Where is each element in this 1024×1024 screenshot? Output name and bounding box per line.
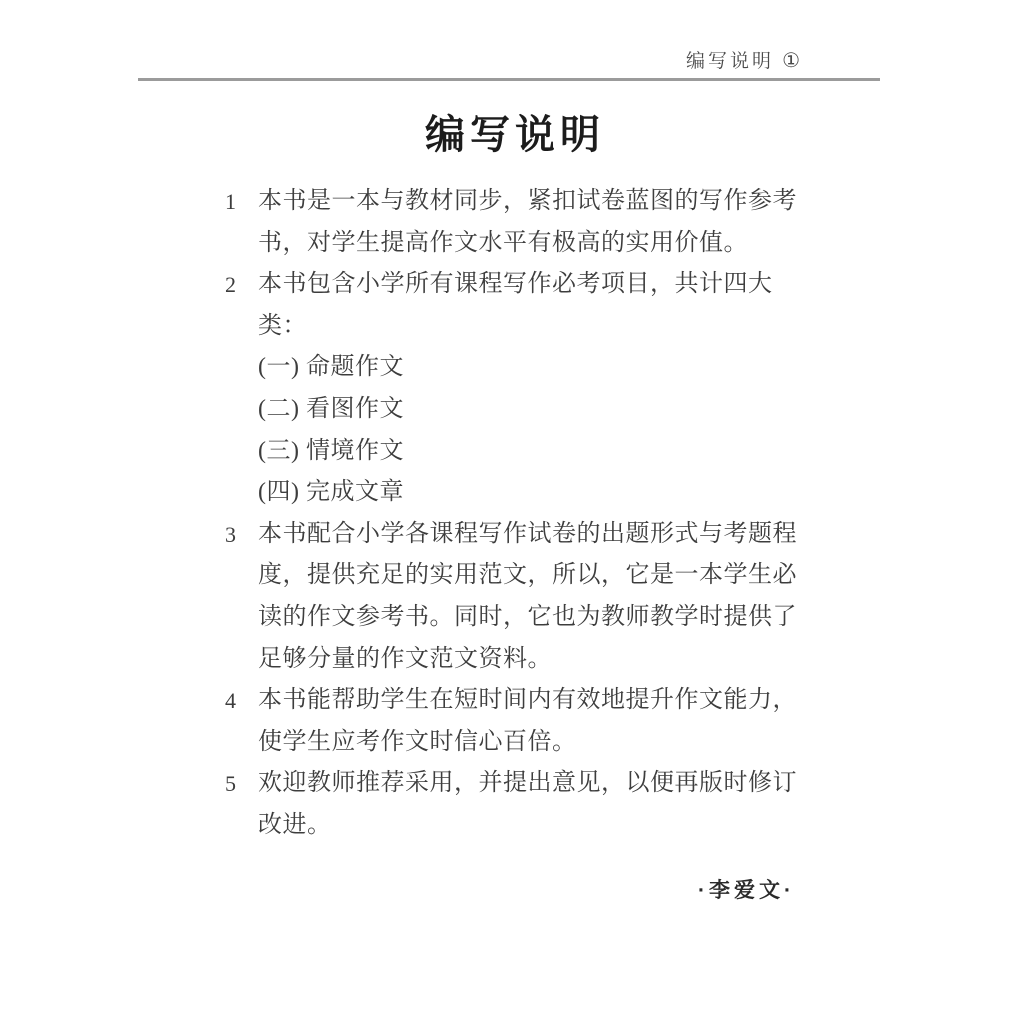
list-item-number: 5 [225,763,258,805]
list-item-text: 本书包含小学所有课程写作必考项目，共计四大类： [258,264,807,347]
instruction-list: 1 本书是一本与教材同步，紧扣试卷蓝图的写作参考书，对学生提高作文水平有极高的实… [225,181,807,847]
sub-list-item: (一) 命题作文 [258,347,807,389]
book-page: 编写说明① 编写说明 1 本书是一本与教材同步，紧扣试卷蓝图的写作参考书，对学生… [0,0,1024,1024]
list-item-number: 2 [225,264,258,306]
sub-list-item: (二) 看图作文 [258,389,807,431]
list-item-number: 3 [225,514,258,556]
sub-list-item: (四) 完成文章 [258,472,807,514]
list-item: 3 本书配合小学各课程写作试卷的出题形式与考题程度，提供充足的实用范文，所以，它… [225,514,807,680]
list-item-text: 本书是一本与教材同步，紧扣试卷蓝图的写作参考书，对学生提高作文水平有极高的实用价… [258,181,807,264]
running-header-title: 编写说明 [686,51,774,72]
running-header: 编写说明① [686,46,800,73]
category-sub-list: (一) 命题作文 (二) 看图作文 (三) 情境作文 (四) 完成文章 [258,347,807,513]
page-number-marker: ① [782,50,800,72]
header-rule [138,78,880,81]
list-item-text: 本书能帮助学生在短时间内有效地提升作文能力，使学生应考作文时信心百倍。 [258,680,807,763]
list-item: 5 欢迎教师推荐采用，并提出意见，以便再版时修订改进。 [225,763,807,846]
page-title: 编写说明 [225,103,805,160]
list-item: 4 本书能帮助学生在短时间内有效地提升作文能力，使学生应考作文时信心百倍。 [225,680,807,763]
list-item: 1 本书是一本与教材同步，紧扣试卷蓝图的写作参考书，对学生提高作文水平有极高的实… [225,181,807,264]
author-signature: ·李爱文· [698,874,795,904]
list-item-text: 本书配合小学各课程写作试卷的出题形式与考题程度，提供充足的实用范文，所以，它是一… [258,514,807,680]
list-item-number: 1 [225,181,258,223]
list-item: 2 本书包含小学所有课程写作必考项目，共计四大类： [225,264,807,347]
list-item-text: 欢迎教师推荐采用，并提出意见，以便再版时修订改进。 [258,763,807,846]
list-item-number: 4 [225,680,258,722]
sub-list-item: (三) 情境作文 [258,431,807,473]
